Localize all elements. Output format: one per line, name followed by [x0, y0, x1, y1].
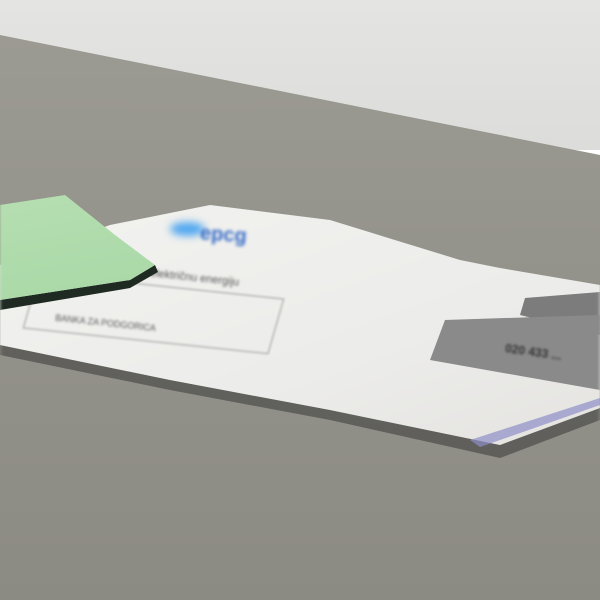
bill-logo: epcg	[199, 222, 247, 248]
